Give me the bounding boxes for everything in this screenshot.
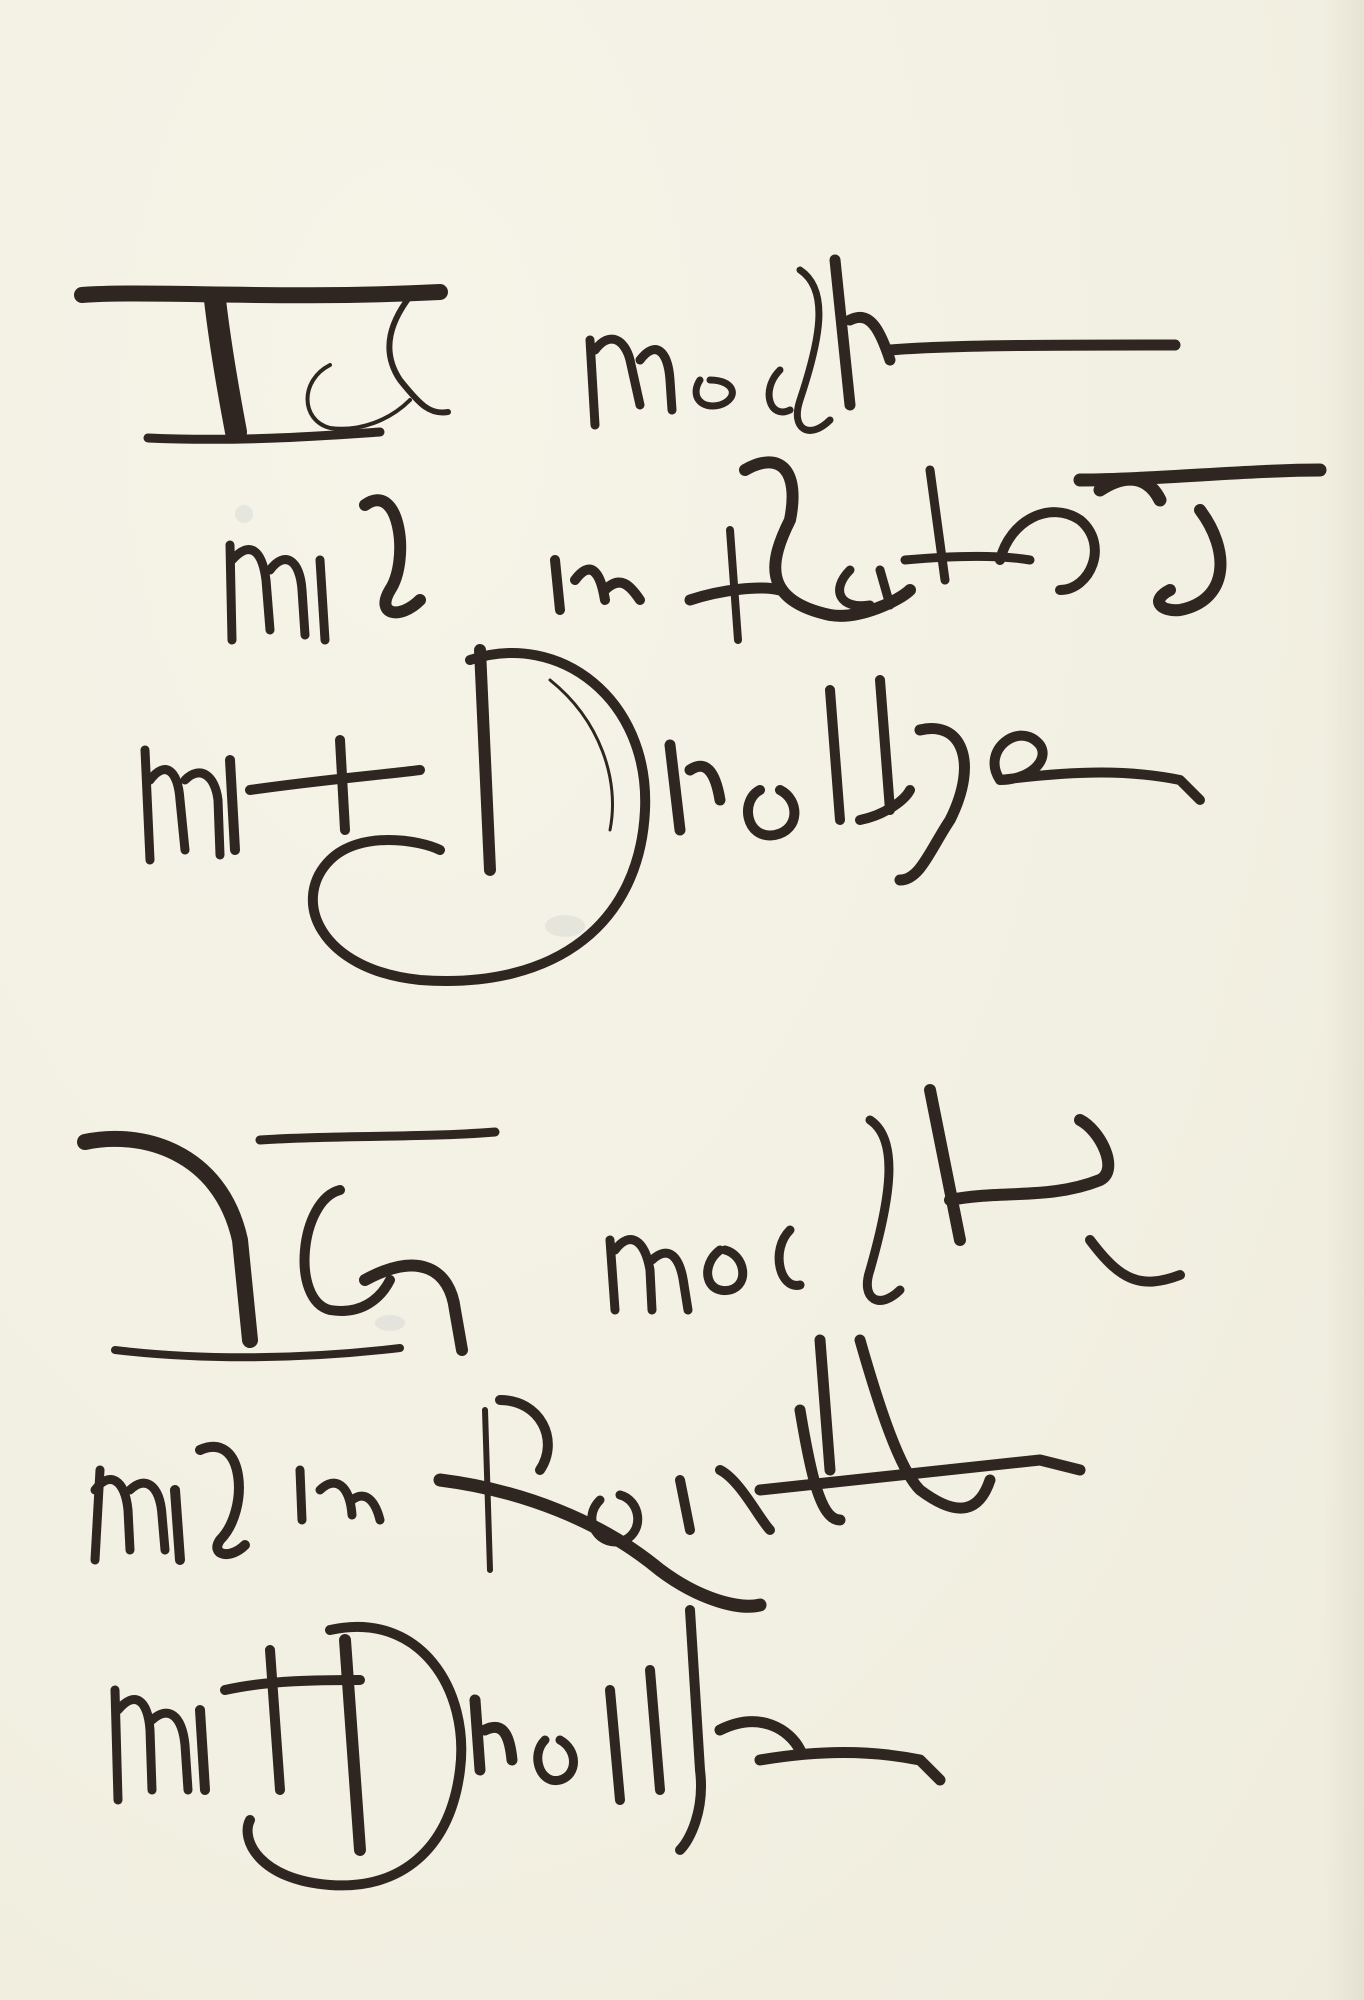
calligraphy-strokes-block-2 — [0, 1050, 1364, 2000]
calligraphy-block-2: Ich möchte mich im Kontakt mit Dir erleb… — [0, 1050, 1364, 2000]
calligraphy-strokes-block-1 — [0, 0, 1364, 1050]
calligraphy-block-1: Ich möchte mich im Kontakt mit Dir erleb… — [0, 0, 1364, 1050]
